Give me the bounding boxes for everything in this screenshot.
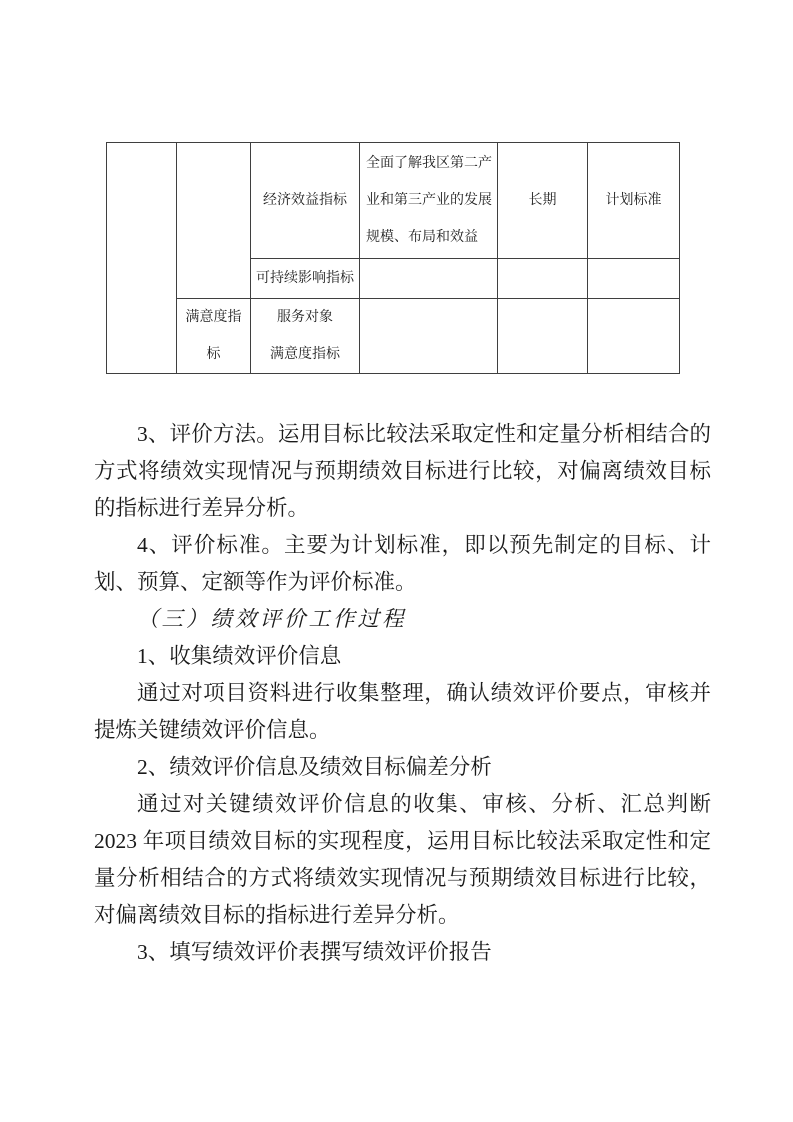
- document-page: 经济效益指标 全面了解我区第二产 业和第三产业的发展 规模、布局和效益 长期 计…: [0, 0, 793, 1122]
- description-line: 规模、布局和效益: [366, 219, 493, 256]
- cell-sustainable-indicator: 可持续影响指标: [251, 259, 360, 299]
- description-line: 全面了解我区第二产: [366, 145, 493, 182]
- paragraph-evaluation-method: 3、评价方法。运用目标比较法采取定性和定量分析相结合的方式将绩效实现情况与预期绩…: [94, 416, 711, 527]
- cell-empty: [498, 299, 588, 374]
- table-row: 经济效益指标 全面了解我区第二产 业和第三产业的发展 规模、布局和效益 长期 计…: [107, 143, 680, 259]
- table-row: 满意度指 标 服务对象 满意度指标: [107, 299, 680, 374]
- indicator-table: 经济效益指标 全面了解我区第二产 业和第三产业的发展 规模、布局和效益 长期 计…: [106, 142, 680, 374]
- cell-empty: [360, 299, 498, 374]
- cell-empty: [360, 259, 498, 299]
- cell-economic-description: 全面了解我区第二产 业和第三产业的发展 规模、布局和效益: [360, 143, 498, 259]
- cell-satisfaction-category: 满意度指 标: [177, 299, 251, 374]
- cell-service-satisfaction-indicator: 服务对象 满意度指标: [251, 299, 360, 374]
- cell-subcategory-empty: [177, 143, 251, 299]
- cell-economic-indicator: 经济效益指标: [251, 143, 360, 259]
- section-heading-work-process: （三）绩效评价工作过程: [94, 601, 711, 638]
- paragraph-evaluation-standard: 4、评价标准。主要为计划标准，即以预先制定的目标、计划、预算、定额等作为评价标准…: [94, 527, 711, 601]
- paragraph-step2-title: 2、绩效评价信息及绩效目标偏差分析: [94, 749, 711, 786]
- cell-empty: [498, 259, 588, 299]
- body-text: 3、评价方法。运用目标比较法采取定性和定量分析相结合的方式将绩效实现情况与预期绩…: [94, 416, 711, 971]
- paragraph-step3-title: 3、填写绩效评价表撰写绩效评价报告: [94, 934, 711, 971]
- paragraph-step1-title: 1、收集绩效评价信息: [94, 638, 711, 675]
- indicator-line: 服务对象: [251, 299, 359, 336]
- category-line: 满意度指: [177, 299, 250, 336]
- paragraph-step2-detail: 通过对关键绩效评价信息的收集、审核、分析、汇总判断 2023 年项目绩效目标的实…: [94, 786, 711, 934]
- cell-term: 长期: [498, 143, 588, 259]
- paragraph-step1-detail: 通过对项目资料进行收集整理，确认绩效评价要点，审核并提炼关键绩效评价信息。: [94, 675, 711, 749]
- category-line: 标: [177, 336, 250, 373]
- cell-empty: [588, 259, 680, 299]
- cell-empty: [588, 299, 680, 374]
- cell-standard: 计划标准: [588, 143, 680, 259]
- indicator-line: 满意度指标: [251, 336, 359, 373]
- cell-category-empty: [107, 143, 177, 374]
- description-line: 业和第三产业的发展: [366, 182, 493, 219]
